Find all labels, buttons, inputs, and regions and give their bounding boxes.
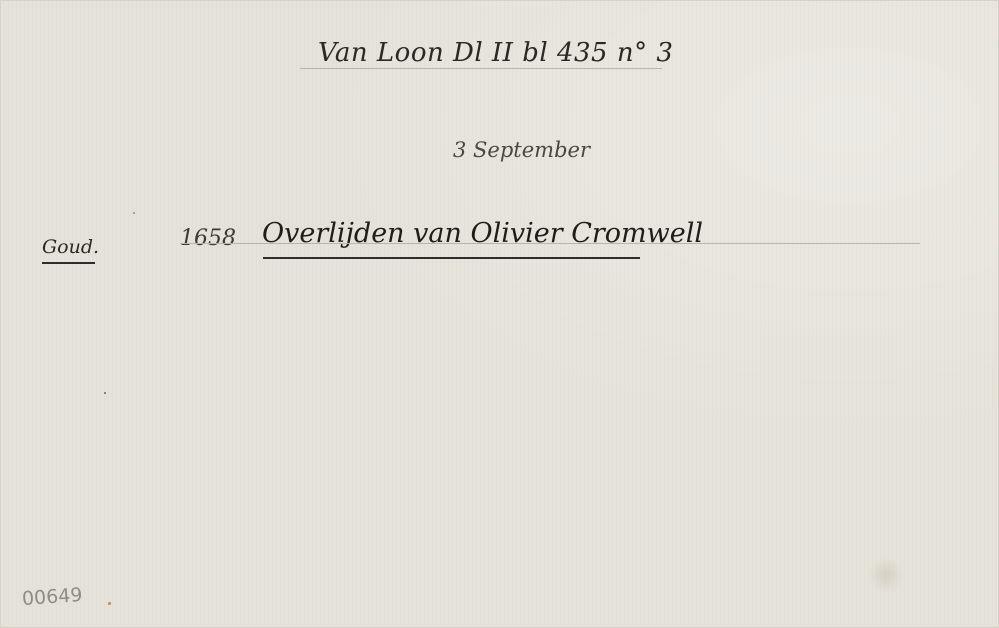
archive-number: 00649 [21, 586, 83, 609]
paper-stain [868, 558, 904, 592]
source-reference: Van Loon Dl II bl 435 n° 3 [318, 40, 673, 66]
place-label: Goud. [42, 238, 99, 257]
archive-card: Van Loon Dl II bl 435 n° 3 3 September G… [0, 0, 999, 628]
paper-speck [133, 212, 135, 214]
event-year: 1658 [180, 228, 236, 250]
event-date: 3 September [453, 140, 590, 161]
place-underline [42, 262, 95, 264]
event-ruled-line [180, 243, 920, 244]
event-underline [263, 257, 640, 259]
paper-speck [104, 392, 106, 394]
header-ruled-line [300, 68, 662, 69]
paper-speck [108, 602, 111, 605]
